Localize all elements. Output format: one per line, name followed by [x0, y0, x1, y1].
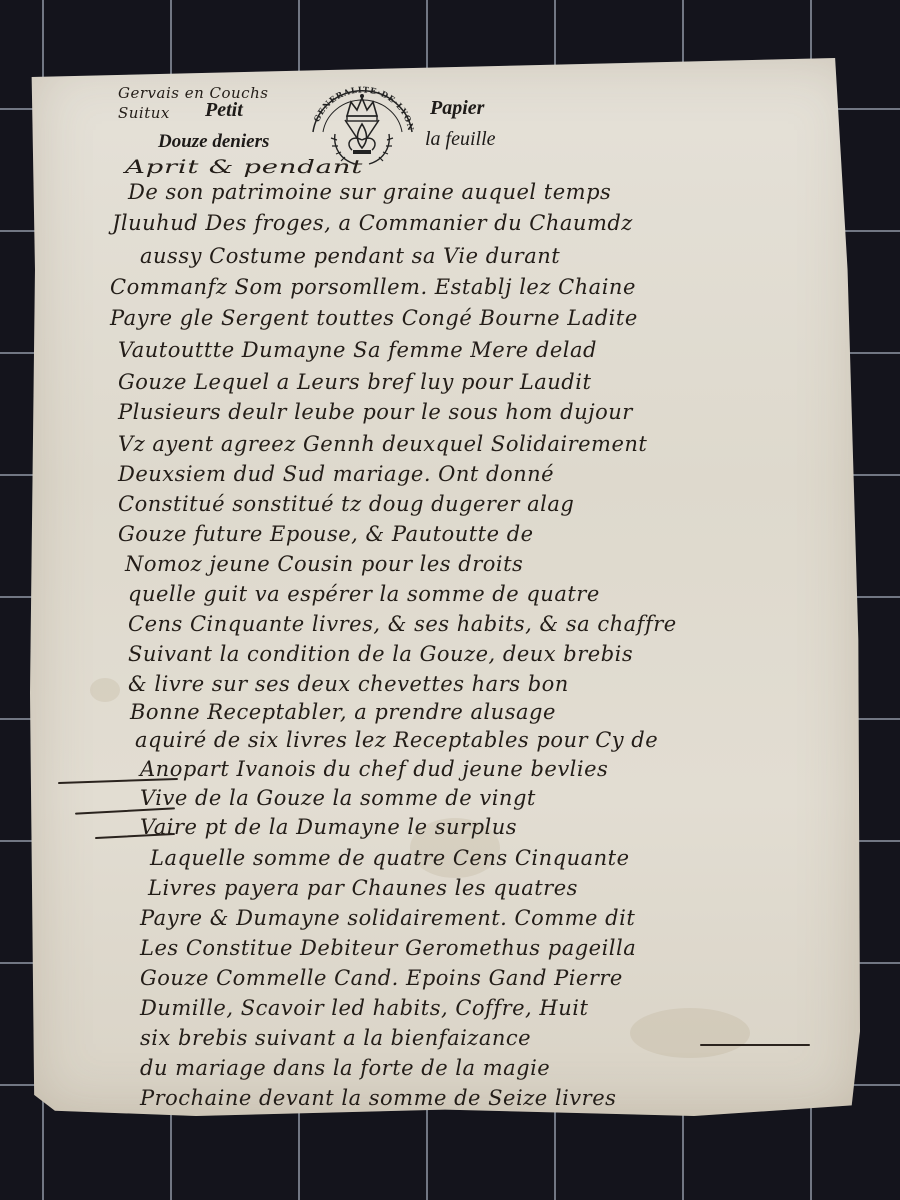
handwritten-line: Dumille, Scavoir led habits, Coffre, Hui… [140, 996, 588, 1020]
handwritten-line: De son patrimoine sur graine auquel temp… [128, 180, 611, 204]
handwritten-line: six brebis suivant a la bienfaizance [140, 1026, 531, 1050]
line-end-flourish [700, 1044, 810, 1046]
handwritten-line: & livre sur ses deux chevettes hars bon [128, 672, 569, 696]
handwritten-line: Les Constitue Debiteur Geromethus pageil… [140, 936, 636, 960]
handwritten-line: aquiré de six livres lez Receptables pou… [135, 728, 658, 752]
handwritten-line: Gouze Lequel a Leurs bref luy pour Laudi… [118, 370, 591, 394]
handwritten-line: Suivant la condition de la Gouze, deux b… [128, 642, 633, 666]
printed-petit: Petit [205, 99, 243, 122]
handwritten-line: aussy Costume pendant sa Vie durant [140, 244, 560, 268]
handwritten-line: Gouze future Epouse, & Pautoutte de [118, 522, 534, 546]
handwritten-line: Livres payera par Chaunes les quatres [148, 876, 578, 900]
handwritten-line: Nomoz jeune Cousin pour les droits [125, 552, 523, 576]
handwritten-line: Vaire pt de la Dumayne le surplus [140, 815, 517, 839]
handwritten-line: Commanfz Som porsomllem. Establj lez Cha… [110, 275, 636, 299]
handwritten-line: Gervais en Couchs [118, 84, 268, 102]
printed-douze-deniers: Douze deniers [158, 131, 269, 153]
handwritten-line: Payre gle Sergent touttes Congé Bourne L… [110, 306, 638, 330]
handwritten-line: Payre & Dumayne solidairement. Comme dit [140, 906, 635, 930]
handwritten-line: quelle guit va espérer la somme de quatr… [128, 582, 600, 606]
handwritten-line: Anopart Ivanois du chef dud jeune bevlie… [140, 757, 608, 781]
handwritten-line: Prochaine devant la somme de Seize livre… [140, 1086, 616, 1110]
handwritten-line: Plusieurs deulr leube pour le sous hom d… [118, 400, 633, 424]
handwritten-line: Bonne Receptabler, a prendre alusage [130, 700, 556, 724]
handwritten-line: Vautouttte Dumayne Sa femme Mere delad [118, 338, 597, 362]
handwritten-line: Laquelle somme de quatre Cens Cinquante [150, 846, 630, 870]
handwritten-line: Constitué sonstitué tz doug dugerer alag [118, 492, 574, 516]
paper-stain [630, 1008, 750, 1058]
handwritten-line: Vz ayent agreez Gennh deuxquel Solidaire… [118, 432, 647, 456]
handwritten-line: Cens Cinquante livres, & ses habits, & s… [128, 612, 677, 636]
handwritten-line: Suitux [118, 104, 170, 122]
handwritten-line: Vive de la Gouze la somme de vingt [140, 786, 536, 810]
handwritten-line: du mariage dans la forte de la magie [140, 1056, 550, 1080]
printed-papier: Papier [430, 97, 484, 120]
handwritten-line: Jluuhud Des froges, a Commanier du Chaum… [112, 211, 633, 235]
handwritten-line: Deuxsiem dud Sud mariage. Ont donné [118, 462, 554, 486]
handwritten-line: Gouze Commelle Cand. Epoins Gand Pierre [140, 966, 623, 990]
paper-stain [90, 678, 120, 702]
handwritten-line: Aprit & pendant [125, 156, 363, 178]
printed-la-feuille: la feuille [425, 128, 496, 151]
